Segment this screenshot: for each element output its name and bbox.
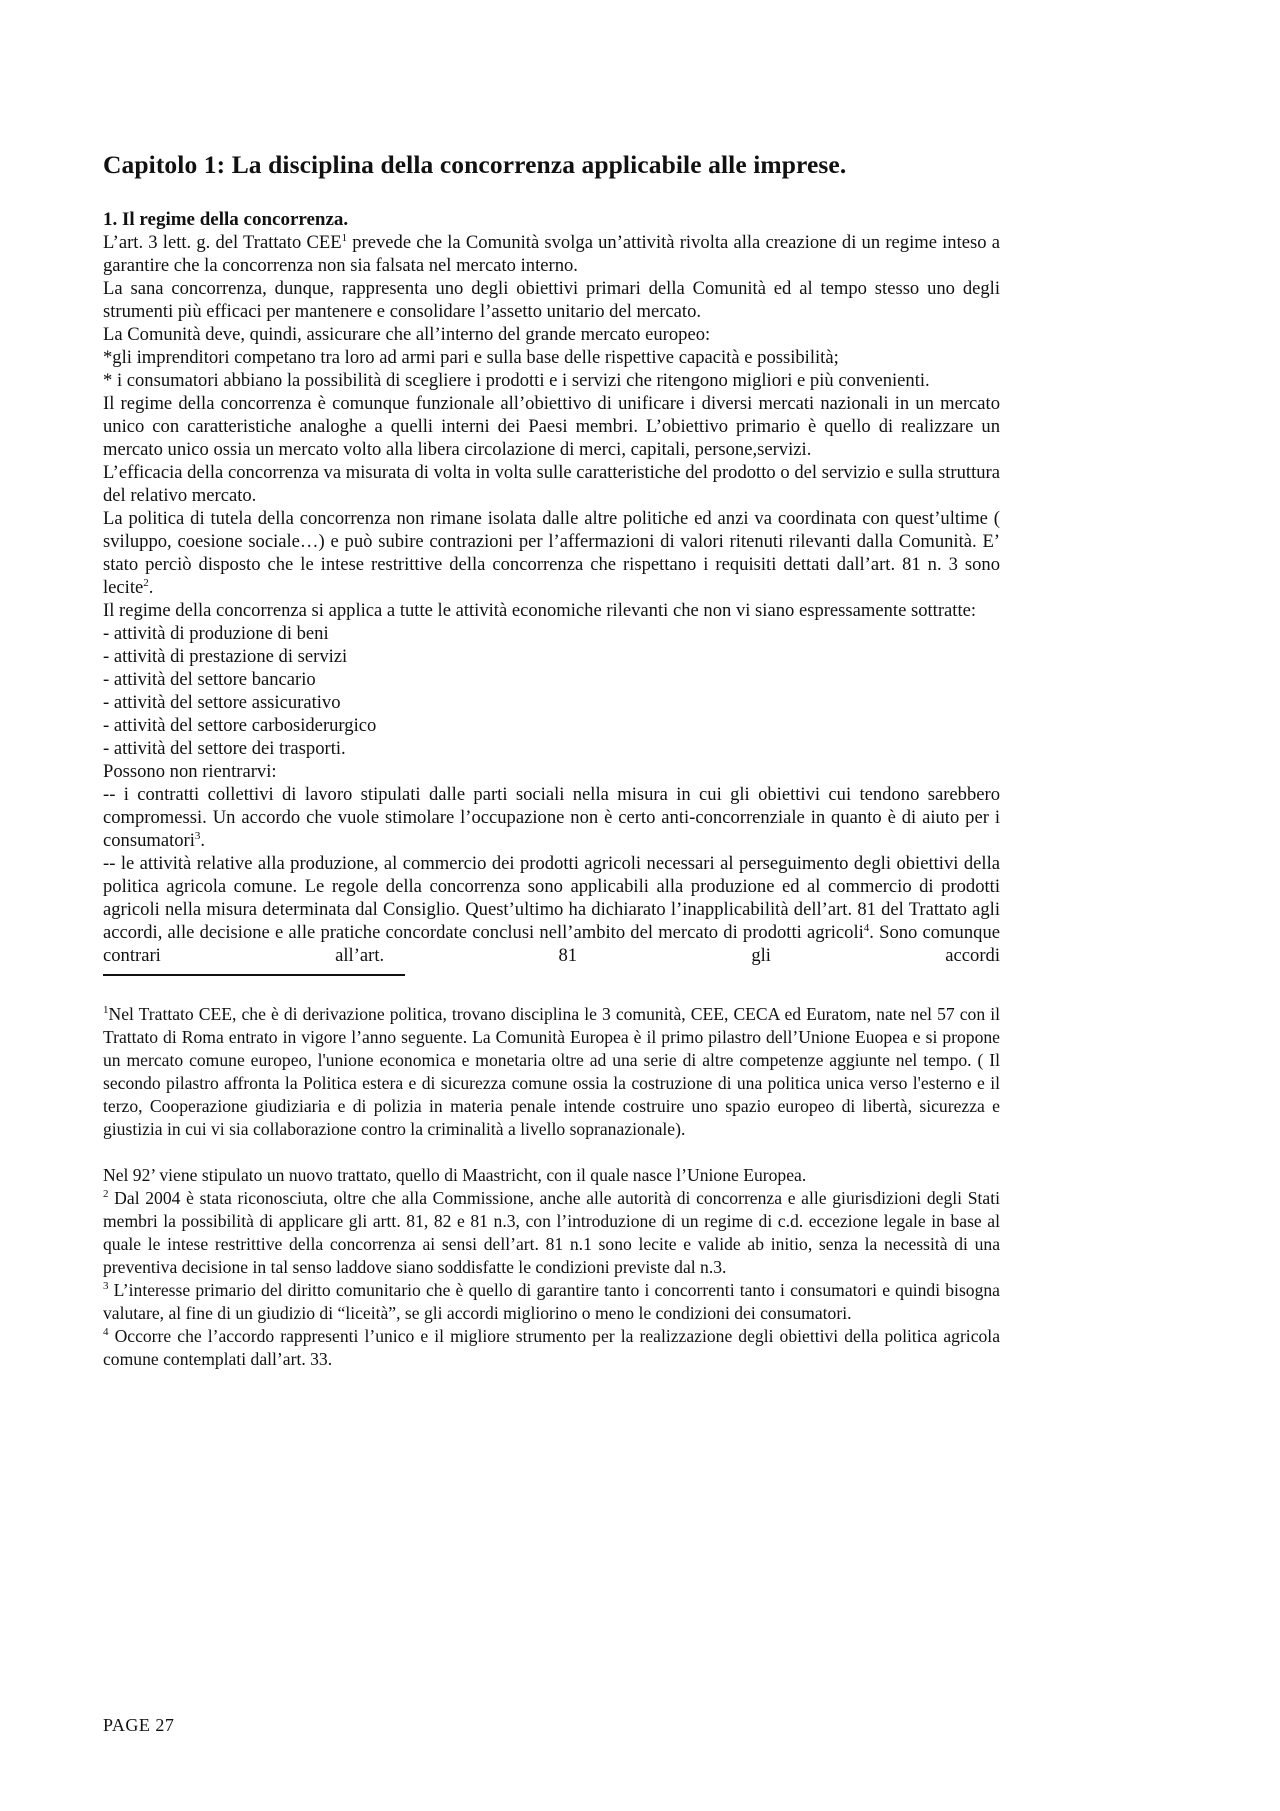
exclusions-intro: Possono non rientrarvi: (103, 760, 1000, 783)
paragraph: La Comunità deve, quindi, assicurare che… (103, 323, 1000, 346)
footnote-separator (103, 974, 405, 976)
list-item: - attività del settore dei trasporti. (103, 737, 1000, 760)
exclusion-item: -- le attività relative alla produzione,… (103, 852, 1000, 967)
body-text: L’art. 3 lett. g. del Trattato CEE1 prev… (103, 231, 1000, 967)
chapter-title: Capitolo 1: La disciplina della concorre… (103, 150, 1000, 180)
paragraph: *gli imprenditori competano tra loro ad … (103, 346, 1000, 369)
page-number: PAGE 27 (103, 1714, 174, 1736)
paragraph: Il regime della concorrenza è comunque f… (103, 392, 1000, 461)
footnote: 2 Dal 2004 è stata riconosciuta, oltre c… (103, 1187, 1000, 1279)
paragraph: L’efficacia della concorrenza va misurat… (103, 461, 1000, 507)
list-item: - attività di prestazione di servizi (103, 645, 1000, 668)
footnote: 1Nel Trattato CEE, che è di derivazione … (103, 1003, 1000, 1141)
list-item: - attività di produzione di beni (103, 622, 1000, 645)
paragraph: La sana concorrenza, dunque, rappresenta… (103, 277, 1000, 323)
paragraph: L’art. 3 lett. g. del Trattato CEE1 prev… (103, 231, 1000, 277)
page-content: Capitolo 1: La disciplina della concorre… (103, 150, 1000, 1371)
footnote: 3 L’interesse primario del diritto comun… (103, 1279, 1000, 1325)
exclusion-item: -- i contratti collettivi di lavoro stip… (103, 783, 1000, 852)
paragraph: * i consumatori abbiano la possibilità d… (103, 369, 1000, 392)
footnote: 4 Occorre che l’accordo rappresenti l’un… (103, 1325, 1000, 1371)
paragraph: La politica di tutela della concorrenza … (103, 507, 1000, 599)
list-item: - attività del settore assicurativo (103, 691, 1000, 714)
list-item: - attività del settore bancario (103, 668, 1000, 691)
footnote-continuation: Nel 92’ viene stipulato un nuovo trattat… (103, 1164, 1000, 1187)
document-page: Capitolo 1: La disciplina della concorre… (0, 0, 1280, 1811)
list-item: - attività del settore carbosiderurgico (103, 714, 1000, 737)
footnotes: 1Nel Trattato CEE, che è di derivazione … (103, 1003, 1000, 1371)
section-title: 1. Il regime della concorrenza. (103, 208, 1000, 231)
paragraph: Il regime della concorrenza si applica a… (103, 599, 1000, 622)
